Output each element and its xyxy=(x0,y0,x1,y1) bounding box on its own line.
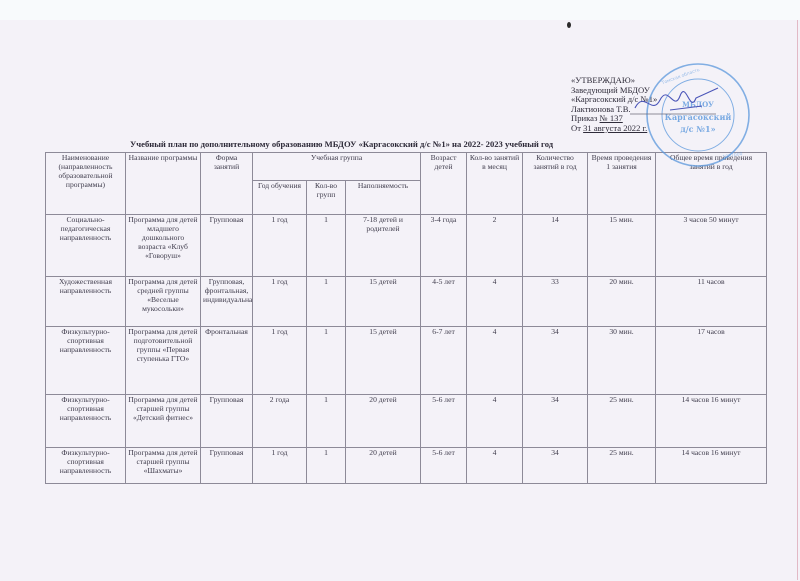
table-row: Социально-педагогическая направленность … xyxy=(46,215,767,277)
cell-program: Программа для детей подготовительной гру… xyxy=(126,327,201,395)
svg-text:Томская область: Томская область xyxy=(660,67,701,87)
cell-per-month: 4 xyxy=(467,327,523,395)
cell-occupancy: 20 детей xyxy=(346,395,421,448)
cell-duration: 30 мин. xyxy=(588,327,656,395)
cell-program: Программа для детей средней группы «Весе… xyxy=(126,277,201,327)
cell-total: 14 часов 16 минут xyxy=(656,395,767,448)
svg-text:д/с №1»: д/с №1» xyxy=(680,124,715,134)
header-form: Форма занятий xyxy=(201,153,253,215)
cell-form: Групповая xyxy=(201,215,253,277)
cell-per-year: 34 xyxy=(523,395,588,448)
cell-direction: Физкультурно-спортивная направленность xyxy=(46,327,126,395)
cell-occupancy: 20 детей xyxy=(346,448,421,484)
order-date: 31 августа 2022 г. xyxy=(583,123,647,133)
cell-age: 3-4 года xyxy=(421,215,467,277)
cell-occupancy: 7-18 детей и родителей xyxy=(346,215,421,277)
header-occupancy: Наполняемость xyxy=(346,181,421,215)
cell-year: 1 год xyxy=(253,215,307,277)
cell-groups-count: 1 xyxy=(307,448,346,484)
cell-duration: 20 мин. xyxy=(588,277,656,327)
cell-total: 3 часов 50 минут xyxy=(656,215,767,277)
cell-total: 14 часов 16 минут xyxy=(656,448,767,484)
cell-total: 11 часов xyxy=(656,277,767,327)
cell-occupancy: 15 детей xyxy=(346,277,421,327)
header-program: Название программы xyxy=(126,153,201,215)
table-row: Художественная направленность Программа … xyxy=(46,277,767,327)
document-title: Учебный план по дополнительному образова… xyxy=(130,139,553,149)
header-year: Год обучения xyxy=(253,181,307,215)
cell-per-month: 4 xyxy=(467,395,523,448)
header-per-month: Кол-во занятий в месяц xyxy=(467,153,523,215)
cell-program: Программа для детей старшей группы «Шахм… xyxy=(126,448,201,484)
table-header-row: Наименование (направленность образовател… xyxy=(46,153,767,181)
order-number: № 137 xyxy=(600,113,623,123)
header-total: Общее время проведения занятий в год xyxy=(656,153,767,215)
cell-duration: 25 мин. xyxy=(588,448,656,484)
cell-year: 1 год xyxy=(253,448,307,484)
header-group: Учебная группа xyxy=(253,153,421,181)
study-plan-table: Наименование (направленность образовател… xyxy=(45,152,767,484)
header-direction: Наименование (направленность образовател… xyxy=(46,153,126,215)
cell-per-year: 14 xyxy=(523,215,588,277)
cell-direction: Художественная направленность xyxy=(46,277,126,327)
header-per-year: Количество занятий в год xyxy=(523,153,588,215)
cell-year: 1 год xyxy=(253,277,307,327)
cell-per-year: 34 xyxy=(523,448,588,484)
cell-per-year: 34 xyxy=(523,327,588,395)
cell-per-month: 2 xyxy=(467,215,523,277)
approval-date: От 31 августа 2022 г. xyxy=(571,124,657,134)
cell-age: 5-6 лет xyxy=(421,395,467,448)
scan-speck xyxy=(567,22,571,28)
cell-program: Программа для детей старшей группы «Детс… xyxy=(126,395,201,448)
cell-age: 6-7 лет xyxy=(421,327,467,395)
scan-top-margin xyxy=(0,0,800,20)
cell-total: 17 часов xyxy=(656,327,767,395)
cell-program: Программа для детей младшего дошкольного… xyxy=(126,215,201,277)
cell-age: 5-6 лет xyxy=(421,448,467,484)
cell-per-month: 4 xyxy=(467,448,523,484)
cell-age: 4-5 лет xyxy=(421,277,467,327)
header-groups-count: Кол-во групп xyxy=(307,181,346,215)
table-row: Физкультурно-спортивная направленность П… xyxy=(46,327,767,395)
scan-edge-line xyxy=(797,20,798,580)
cell-form: Групповая xyxy=(201,448,253,484)
signature-icon xyxy=(630,86,720,120)
cell-direction: Физкультурно-спортивная направленность xyxy=(46,448,126,484)
cell-direction: Социально-педагогическая направленность xyxy=(46,215,126,277)
table-row: Физкультурно-спортивная направленность П… xyxy=(46,395,767,448)
header-age: Возраст детей xyxy=(421,153,467,215)
cell-groups-count: 1 xyxy=(307,277,346,327)
cell-groups-count: 1 xyxy=(307,327,346,395)
cell-groups-count: 1 xyxy=(307,395,346,448)
cell-duration: 15 мин. xyxy=(588,215,656,277)
header-duration: Время проведения 1 занятия xyxy=(588,153,656,215)
table-row: Физкультурно-спортивная направленность П… xyxy=(46,448,767,484)
cell-year: 2 года xyxy=(253,395,307,448)
cell-duration: 25 мин. xyxy=(588,395,656,448)
cell-form: Групповая, фронтальная, индивидуальная xyxy=(201,277,253,327)
cell-occupancy: 15 детей xyxy=(346,327,421,395)
cell-per-month: 4 xyxy=(467,277,523,327)
cell-year: 1 год xyxy=(253,327,307,395)
cell-per-year: 33 xyxy=(523,277,588,327)
cell-groups-count: 1 xyxy=(307,215,346,277)
cell-form: Групповая xyxy=(201,395,253,448)
cell-form: Фронтальная xyxy=(201,327,253,395)
cell-direction: Физкультурно-спортивная направленность xyxy=(46,395,126,448)
